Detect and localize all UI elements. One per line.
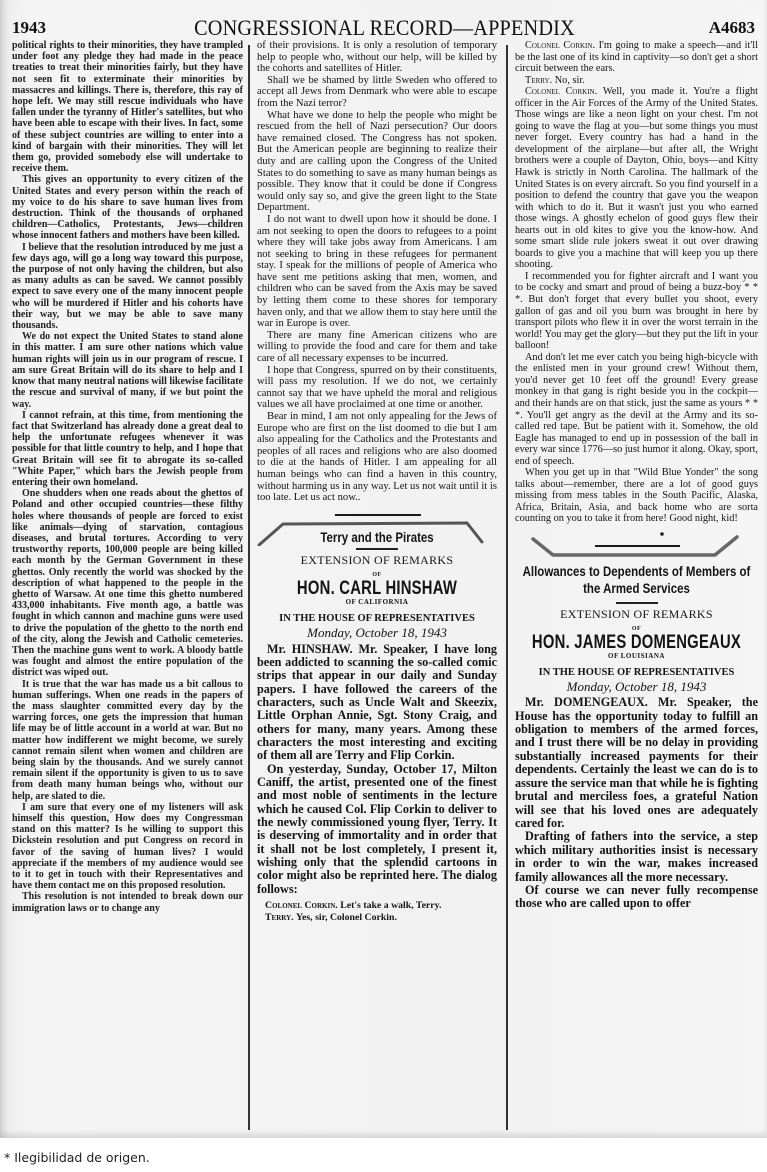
- paragraph: I recommended you for fighter aircraft a…: [515, 271, 758, 352]
- dialog-text: I recommended you for fighter aircraft a…: [515, 271, 758, 351]
- paragraph: I do not want to dwell upon how it shoul…: [257, 214, 497, 330]
- paragraph: Shall we be shamed by little Sweden who …: [257, 75, 497, 110]
- paragraph: I believe that the resolution introduced…: [12, 242, 243, 332]
- member-name: HON. JAMES DOMENGEAUX: [518, 637, 754, 649]
- title-rule: [616, 602, 658, 604]
- domengeaux-remarks: Mr. DOMENGEAUX. Mr. Speaker, the House h…: [515, 696, 758, 911]
- chamber: IN THE HOUSE OF REPRESENTATIVES: [515, 667, 758, 679]
- paragraph: When you get up in that "Wild Blue Yonde…: [515, 467, 758, 525]
- paragraph: Mr. HINSHAW. Mr. Speaker, I have long be…: [257, 643, 497, 763]
- speaker-name: Colonel Corkin.: [525, 40, 599, 51]
- speaker-name: Terry.: [525, 75, 555, 86]
- dialog-text: Well, you made it. You're a flight offic…: [515, 86, 758, 270]
- hinshaw-remarks: Mr. HINSHAW. Mr. Speaker, I have long be…: [257, 643, 497, 897]
- dialog-text: No, sir.: [555, 75, 585, 86]
- paragraph: I cannot refrain, at this time, from men…: [12, 410, 243, 488]
- paragraph: On yesterday, Sunday, October 17, Milton…: [257, 763, 497, 896]
- dialog-text: When you get up in that "Wild Blue Yonde…: [515, 467, 758, 524]
- dialog-text: Let's take a walk, Terry.: [340, 900, 441, 911]
- section-title: Allowances to Dependents of Members of t…: [520, 563, 752, 597]
- paragraph: I hope that Congress, spurred on by thei…: [257, 365, 497, 411]
- page-header: 1943 CONGRESSIONAL RECORD—APPENDIX A4683: [10, 14, 759, 40]
- paragraph: It is true that the war has made us a bi…: [12, 679, 243, 802]
- scanned-page: 1943 CONGRESSIONAL RECORD—APPENDIX A4683…: [0, 0, 767, 1138]
- extension-label: EXTENSION OF REMARKS: [515, 609, 758, 621]
- paragraph: political rights to their minorities, th…: [12, 40, 243, 174]
- title-rule: [356, 548, 398, 550]
- paragraph: This resolution is not intended to break…: [12, 891, 243, 913]
- paragraph: Colonel Corkin. I'm going to make a spee…: [515, 40, 758, 75]
- right-column: Colonel Corkin. I'm going to make a spee…: [515, 40, 758, 1132]
- paragraph: of their provisions. It is only a resolu…: [257, 40, 497, 75]
- column-divider: [248, 45, 250, 1130]
- speaker-name: Terry.: [265, 912, 296, 923]
- paragraph: Colonel Corkin. Well, you made it. You'r…: [515, 86, 758, 271]
- paragraph: We do not expect the United States to st…: [12, 331, 243, 409]
- extension-label: EXTENSION OF REMARKS: [257, 555, 497, 567]
- footnote: * Ilegibilidad de origen.: [4, 1150, 150, 1165]
- publication-title: CONGRESSIONAL RECORD—APPENDIX: [40, 15, 729, 41]
- paragraph: Terry. No, sir.: [515, 75, 758, 87]
- paragraph: One shudders when one reads about the gh…: [12, 488, 243, 678]
- paragraph: There are many fine American citizens wh…: [257, 330, 497, 365]
- corkin-speech: Colonel Corkin. I'm going to make a spee…: [515, 40, 758, 525]
- session-date: Monday, October 18, 1943: [515, 681, 758, 693]
- paragraph: Mr. DOMENGEAUX. Mr. Speaker, the House h…: [515, 696, 758, 830]
- section-bracket-ornament: [515, 531, 758, 561]
- column-divider: [506, 45, 508, 1130]
- dialog-text: And don't let me ever catch you being hi…: [515, 352, 758, 467]
- speech-continuation: of their provisions. It is only a resolu…: [257, 40, 497, 504]
- paragraph: I am sure that every one of my listeners…: [12, 802, 243, 892]
- paragraph: Drafting of fathers into the service, a …: [515, 830, 758, 884]
- speaker-name: Colonel Corkin.: [525, 86, 603, 97]
- paragraph: Bear in mind, I am not only appealing fo…: [257, 411, 497, 504]
- middle-column: of their provisions. It is only a resolu…: [257, 40, 497, 1132]
- member-name: HON. CARL HINSHAW: [260, 583, 494, 595]
- paragraph: Of course we can never fully recompense …: [515, 884, 758, 911]
- left-column: political rights to their minorities, th…: [12, 40, 243, 1132]
- dialog-line: Terry. Yes, sir, Colonel Corkin.: [265, 912, 497, 924]
- page-number: A4683: [709, 18, 755, 38]
- paragraph: What have we done to help the people who…: [257, 110, 497, 214]
- paragraph: This gives an opportunity to every citiz…: [12, 174, 243, 241]
- comic-dialog: Colonel Corkin. Let's take a walk, Terry…: [257, 900, 497, 924]
- dialog-line: Colonel Corkin. Let's take a walk, Terry…: [265, 900, 497, 912]
- speaker-name: Colonel Corkin.: [265, 900, 340, 911]
- chamber: IN THE HOUSE OF REPRESENTATIVES: [257, 613, 497, 625]
- session-date: Monday, October 18, 1943: [257, 627, 497, 639]
- dialog-text: Yes, sir, Colonel Corkin.: [296, 912, 397, 923]
- section-title: Terry and the Pirates: [279, 532, 476, 544]
- paragraph: And don't let me ever catch you being hi…: [515, 352, 758, 467]
